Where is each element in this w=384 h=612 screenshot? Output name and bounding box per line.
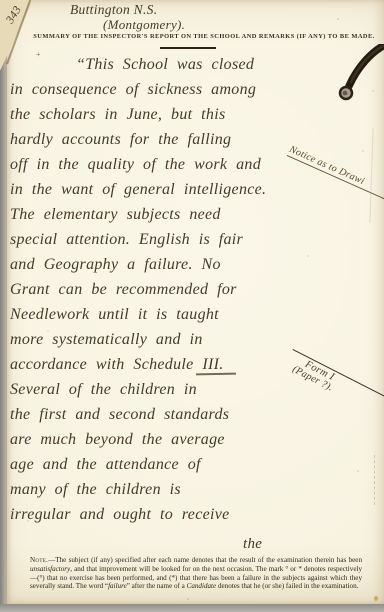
scanned-page: 343 + Buttington N.S. (Montgomery). SUMM… [0,0,384,612]
printed-title: SUMMARY OF THE INSPECTOR'S REPORT ON THE… [28,33,380,40]
paper-crease [374,455,375,505]
body-line: hardly accounts for the falling [10,127,382,152]
footer-note-label: Note. [30,556,48,564]
school-name-handwritten: Buttington N.S. [70,2,157,18]
footer-note-text: denotes that he (or she) failed in the e… [216,582,358,590]
body-line: are much beyond the average [10,427,382,452]
footer-note-text: —The subject (if any) specified after ea… [48,556,362,564]
body-line: and Geography a failure. No [10,252,382,277]
footer-note-italic: failure [108,582,127,590]
body-line: the first and second standards [10,402,382,427]
body-line: more systematically and in [10,327,382,352]
report-body: “This School was closed in consequence o… [10,52,382,527]
footer-note: Note.—The subject (if any) specified aft… [30,556,362,591]
paper-fleck [374,596,378,601]
body-line: in the want of general intelligence. [10,177,382,202]
body-line: Needlework until it is taught [10,302,382,327]
body-line: Grant can be recommended for [10,277,382,302]
footer-note-italic: Candidate [187,582,217,590]
body-line: irregular and ought to receive [10,502,382,527]
body-line: special attention. English is fair [10,227,382,252]
catchword: the [243,536,262,553]
body-line: many of the children is [10,477,382,502]
body-line: in consequence of sickness among [10,77,382,102]
body-line: the scholars in June, but this [10,102,382,127]
body-line: The elementary subjects need [10,202,382,227]
footer-note-text: ” after the name of a [127,582,187,590]
county-name-handwritten: (Montgomery). [103,17,185,33]
body-line: age and the attendance of [10,452,382,477]
title-rule [160,47,216,49]
scanner-bed-bottom [0,604,384,612]
lace-fastener-icon [330,44,384,110]
body-line: “This School was closed [10,52,382,77]
footer-note-italic: unsatisfactory [30,565,70,573]
